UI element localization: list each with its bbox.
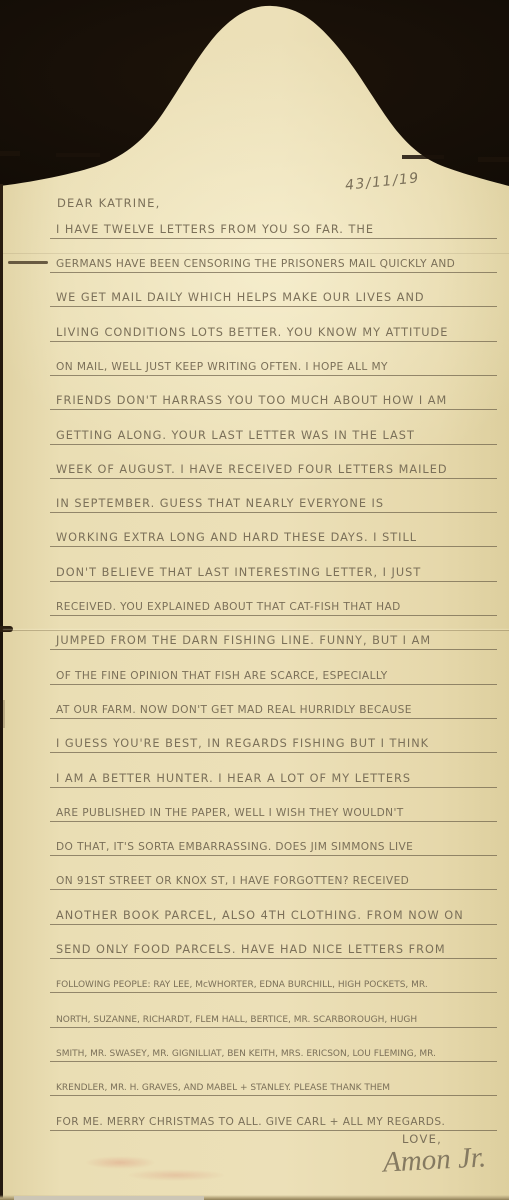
letter-line: I HAVE TWELVE LETTERS FROM YOU SO FAR. T… bbox=[50, 205, 497, 239]
letter-line: DON'T BELIEVE THAT LAST INTERESTING LETT… bbox=[50, 547, 497, 581]
letter-line: SEND ONLY FOOD PARCELS. HAVE HAD NICE LE… bbox=[50, 925, 497, 959]
letter-line: RECEIVED. YOU EXPLAINED ABOUT THAT CAT-F… bbox=[50, 582, 497, 616]
letter-line: GERMANS HAVE BEEN CENSORING THE PRISONER… bbox=[50, 239, 497, 273]
letter-line: GETTING ALONG. YOUR LAST LETTER WAS IN T… bbox=[50, 410, 497, 444]
letter-line: NORTH, SUZANNE, RICHARDT, FLEM HALL, BER… bbox=[50, 993, 497, 1027]
letter-line: OF THE FINE OPINION THAT FISH ARE SCARCE… bbox=[50, 650, 497, 684]
letter-line: JUMPED FROM THE DARN FISHING LINE. FUNNY… bbox=[50, 616, 497, 650]
envelope-edge-dash bbox=[0, 151, 20, 156]
letter-lines: I HAVE TWELVE LETTERS FROM YOU SO FAR. T… bbox=[50, 205, 497, 1131]
letter-line: KRENDLER, MR. H. GRAVES, AND MABEL + STA… bbox=[50, 1062, 497, 1096]
letter-line: I AM A BETTER HUNTER. I HEAR A LOT OF MY… bbox=[50, 753, 497, 787]
letter-line: ARE PUBLISHED IN THE PAPER, WELL I WISH … bbox=[50, 788, 497, 822]
letter-line: DO THAT, IT'S SORTA EMBARRASSING. DOES J… bbox=[50, 822, 497, 856]
letter-line: WEEK OF AUGUST. I HAVE RECEIVED FOUR LET… bbox=[50, 445, 497, 479]
scan-bottom-edge-light bbox=[14, 1196, 204, 1200]
letter-line: FRIENDS DON'T HARRASS YOU TOO MUCH ABOUT… bbox=[50, 376, 497, 410]
letter-line: FOLLOWING PEOPLE: RAY LEE, McWHORTER, ED… bbox=[50, 959, 497, 993]
letter-line: IN SEPTEMBER. GUESS THAT NEARLY EVERYONE… bbox=[50, 479, 497, 513]
scan-edge-blob bbox=[0, 626, 13, 632]
letter-line: I GUESS YOU'RE BEST, IN REGARDS FISHING … bbox=[50, 719, 497, 753]
scan-edge-blob bbox=[0, 700, 5, 728]
letter-line: AT OUR FARM. NOW DON'T GET MAD REAL HURR… bbox=[50, 685, 497, 719]
letter-line: FOR ME. MERRY CHRISTMAS TO ALL. GIVE CAR… bbox=[50, 1096, 497, 1130]
envelope-flap-background bbox=[0, 0, 509, 200]
pencil-dash-mark bbox=[8, 261, 48, 264]
red-stamp-smudge bbox=[72, 1150, 232, 1186]
letter-line: ON 91ST STREET OR KNOX ST, I HAVE FORGOT… bbox=[50, 856, 497, 890]
letter-line: WE GET MAIL DAILY WHICH HELPS MAKE OUR L… bbox=[50, 273, 497, 307]
letter-signature: Amon Jr. bbox=[382, 1141, 487, 1179]
scan-left-edge bbox=[0, 184, 3, 1200]
letter-line: ANOTHER BOOK PARCEL, ALSO 4TH CLOTHING. … bbox=[50, 890, 497, 924]
letter-line: WORKING EXTRA LONG AND HARD THESE DAYS. … bbox=[50, 513, 497, 547]
scanned-letter: 43/11/19 DEAR KATRINE, I HAVE TWELVE LET… bbox=[0, 0, 509, 1200]
letter-line: LIVING CONDITIONS LOTS BETTER. YOU KNOW … bbox=[50, 307, 497, 341]
letter-line: ON MAIL, WELL JUST KEEP WRITING OFTEN. I… bbox=[50, 342, 497, 376]
letter-line: SMITH, MR. SWASEY, MR. GIGNILLIAT, BEN K… bbox=[50, 1028, 497, 1062]
